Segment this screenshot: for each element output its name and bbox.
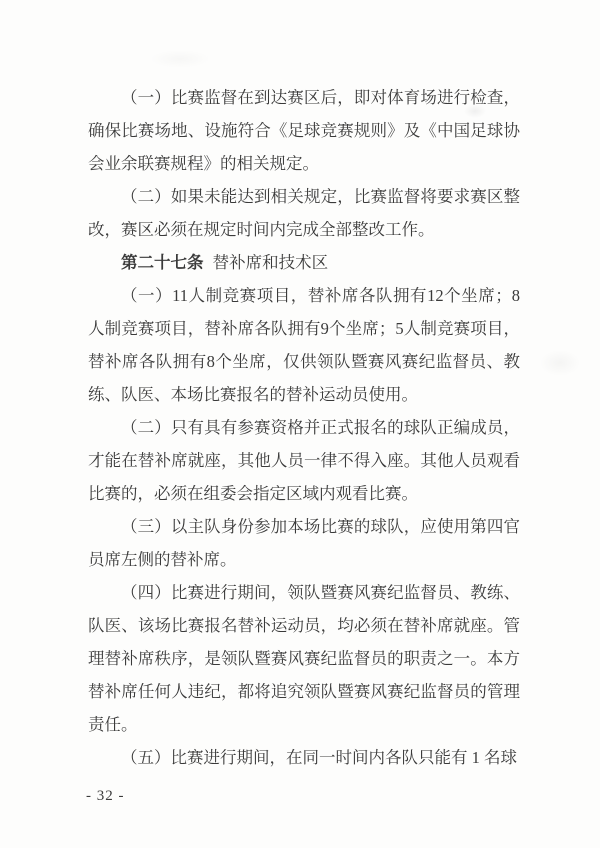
text-line-17: 队医、该场比赛报名替补运动员，均必须在替补席就座。管: [88, 609, 520, 642]
text-line-13: 比赛的，必须在组委会指定区域内观看比赛。: [88, 477, 520, 510]
text-line-2: 确保比赛场地、设施符合《足球竞赛规则》及《中国足球协: [88, 114, 520, 147]
text-line-7: （一）11人制竞赛项目，替补席各队拥有12个坐席；8: [88, 279, 520, 312]
text-line-14: （三）以主队身份参加本场比赛的球队，应使用第四官: [88, 510, 520, 543]
text-line-20: 责任。: [88, 708, 520, 741]
text-line-3: 会业余联赛规程》的相关规定。: [88, 147, 520, 180]
text-line-16: （四）比赛进行期间，领队暨赛风赛纪监督员、教练、: [88, 576, 520, 609]
text-line-21: （五）比赛进行期间，在同一时间内各队只能有 1 名球: [88, 741, 520, 774]
text-line-8: 人制竞赛项目，替补席各队拥有9个坐席；5人制竞赛项目，: [88, 312, 520, 345]
text-line-5: 改，赛区必须在规定时间内完成全部整改工作。: [88, 213, 520, 246]
article-number: 第二十七条: [121, 253, 204, 272]
scan-smudge: [540, 350, 580, 376]
text-line-12: 才能在替补席就座，其他人员一律不得入座。其他人员观看: [88, 444, 520, 477]
text-line-19: 替补席任何人违纪，都将追究领队暨赛风赛纪监督员的管理: [88, 675, 520, 708]
text-line-18: 理替补席秩序，是领队暨赛风赛纪监督员的职责之一。本方: [88, 642, 520, 675]
text-line-10: 练、队医、本场比赛报名的替补运动员使用。: [88, 378, 520, 411]
text-block: （一）比赛监督在到达赛区后，即对体育场进行检查，确保比赛场地、设施符合《足球竞赛…: [88, 81, 520, 774]
scan-smudge: [150, 50, 210, 68]
text-line-4: （二）如果未能达到相关规定，比赛监督将要求赛区整: [88, 180, 520, 213]
page-number: - 32 -: [86, 786, 125, 806]
text-line-9: 替补席各队拥有8个坐席，仅供领队暨赛风赛纪监督员、教: [88, 345, 520, 378]
text-line-1: （一）比赛监督在到达赛区后，即对体育场进行检查，: [88, 81, 520, 114]
text-line-11: （二）只有具有参赛资格并正式报名的球队正编成员，: [88, 411, 520, 444]
document-page: （一）比赛监督在到达赛区后，即对体育场进行检查，确保比赛场地、设施符合《足球竞赛…: [0, 0, 600, 848]
text-line-15: 员席左侧的替补席。: [88, 543, 520, 576]
text-line-6: 第二十七条替补席和技术区: [88, 246, 520, 279]
article-title: 替补席和技术区: [213, 253, 329, 272]
